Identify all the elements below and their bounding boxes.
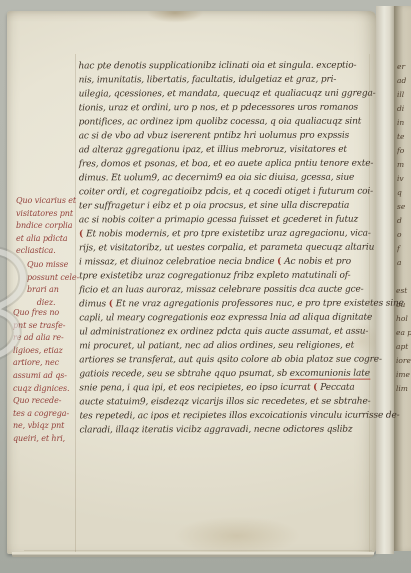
facing-page-text-fragment: d xyxy=(397,214,411,228)
text-segment: capli, ul meary cogregationis eoz expres… xyxy=(79,313,372,324)
margin-note-line: bndice corplia xyxy=(16,220,76,233)
margin-note-line: Quo misse xyxy=(27,259,79,272)
manuscript-text-line: ac si nobis coiter a primapio gcessa fui… xyxy=(79,213,375,228)
text-segment: ter suffragetur i eibz et p oia procsus,… xyxy=(79,201,349,212)
rubric-paragraph-mark: ( xyxy=(109,299,116,309)
facing-page-text-fragment: ad xyxy=(397,74,411,88)
facing-page-text-fragment: q xyxy=(397,186,411,200)
facing-page-text-fragment: hol xyxy=(396,312,411,326)
facing-page-text-fragment: est xyxy=(396,284,411,298)
manuscript-text-line: ad alteraz ggregationu ipaz, et illius m… xyxy=(79,143,375,158)
manuscript-text-line: artiores se transferat, aut quis qsito c… xyxy=(79,353,375,368)
margin-note-line: assumi ad qs- xyxy=(13,370,70,383)
manuscript-text-line: snie pena, i qua ipi, et eos recipietes,… xyxy=(79,381,375,396)
margin-note-line: tes a cogrega- xyxy=(13,408,69,421)
manuscript-text-line: dimus ( Et ne vraz agregationis professo… xyxy=(79,297,375,312)
manuscript-text-line: mi procuret, ul patiant, nec ad alios or… xyxy=(79,339,375,354)
facing-page-text-fragment: iore xyxy=(396,354,411,368)
manuscript-text-line: ficio et an luas auroraz, missaz celebra… xyxy=(79,283,375,298)
margin-note-line: cuqz dignices. xyxy=(13,383,70,396)
facing-page-text-fragment: di xyxy=(397,102,411,116)
facing-page-text-fragment: iv xyxy=(397,172,411,186)
facing-page-text-fragment: o xyxy=(397,228,411,242)
facing-page-text-fragment: ill xyxy=(397,88,411,102)
text-segment: uilegia, qcessiones, et mandata, quecuqz… xyxy=(79,89,376,100)
manuscript-text-line: claradi, illaqz iteratis vicibz aggravad… xyxy=(79,423,375,438)
text-segment: tes repetedi, ac ipos et recipietes illo… xyxy=(79,411,399,422)
text-segment: ficio et an luas auroraz, missaz celebra… xyxy=(79,285,363,296)
text-segment: tpre existetibz uraz cogregationuz fribz… xyxy=(79,271,350,282)
margin-note-line: possunt cele- xyxy=(27,272,79,285)
manuscript-text-line: fres, domos et psonas, et boa, et eo aue… xyxy=(79,157,375,172)
facing-page-text-fragment: lim xyxy=(396,382,411,396)
text-segment: Et nobis modernis, et pro tpre existetib… xyxy=(86,229,371,240)
manuscript-text-line: ( Et nobis modernis, et pro tpre existet… xyxy=(79,227,375,242)
text-segment: artiores se transferat, aut quis qsito c… xyxy=(79,355,382,366)
text-segment: coiter ordi, et cogregatioibz pdcis, et … xyxy=(79,187,373,198)
text-segment: dimus xyxy=(79,299,109,309)
manuscript-text-line: ter suffragetur i eibz et p oia procsus,… xyxy=(79,199,375,214)
margin-note-line: ne, vbiqz pnt xyxy=(13,420,69,433)
text-segment: ad alteraz ggregationu ipaz, et illius m… xyxy=(79,145,347,156)
facing-page-text-fragment: in xyxy=(397,116,411,130)
text-segment: excomunionis late xyxy=(290,369,370,380)
margin-note-line: brari an xyxy=(27,284,79,297)
text-segment: ac si de vbo ad vbuz isererent pntibz hr… xyxy=(79,131,349,142)
manuscript-text-line: coiter ordi, et cogregatioibz pdcis, et … xyxy=(79,185,375,200)
page-fore-edge xyxy=(376,6,394,554)
facing-page-text-fragment: se xyxy=(397,200,411,214)
facing-page-text-fragment: ime xyxy=(396,368,411,382)
margin-note-line: Quo recede- xyxy=(13,395,69,408)
facing-page-text-fragment: te xyxy=(397,130,411,144)
text-segment: Et ne vraz agregationis professores nuc,… xyxy=(116,299,404,310)
facing-page-text-fragment: m xyxy=(397,158,411,172)
facing-page-text-upper: eradilldiintefomivqsedofa xyxy=(397,60,411,272)
main-text-block: hac pte denotis supplicationibz iclinati… xyxy=(79,59,376,438)
manuscript-text-line: dimus. Et uolum9, ac decernim9 ea oia si… xyxy=(79,171,375,186)
facing-page-text-fragment: er xyxy=(397,60,411,74)
facing-page-text-fragment: ea p xyxy=(396,326,411,340)
text-segment: snie pena, i qua ipi, et eos recipietes,… xyxy=(79,383,313,394)
text-segment: dimus. Et uolum9, ac decernim9 ea oia si… xyxy=(79,173,354,184)
text-segment: tionis, uraz et ordini, uro p nos, et p … xyxy=(79,103,358,114)
manuscript-text-line: tes repetedi, ac ipos et recipietes illo… xyxy=(79,409,375,424)
transparent-book-clip xyxy=(0,243,34,363)
manuscript-text-line: ul administrationez ex ordinez pdcta qui… xyxy=(79,325,375,340)
text-segment: aucte statuim9, eisdezqz vicarijs illos … xyxy=(79,397,370,408)
page-stack-bottom-edge xyxy=(12,552,374,557)
text-segment: ul administrationez ex ordinez pdcta qui… xyxy=(79,327,368,338)
manuscript-text-line: hac pte denotis supplicationibz iclinati… xyxy=(79,59,375,74)
rubric-paragraph-mark: ( xyxy=(313,383,320,393)
text-segment: mi procuret, ul patiant, nec ad alios or… xyxy=(79,341,354,352)
manuscript-text-line: pontifices, ac ordinez ipm quolibz coces… xyxy=(79,115,375,130)
margin-note-line: Quo vicarius et xyxy=(16,195,76,208)
manuscript-text-line: rijs, et visitatoribz, ut uestes corpali… xyxy=(79,241,375,256)
text-segment: Ac nobis et pro xyxy=(284,257,351,267)
manuscript-text-line: uilegia, qcessiones, et mandata, quecuqz… xyxy=(79,87,375,102)
manuscript-text-line: i missaz, et diuinoz celebratioe necia b… xyxy=(79,255,375,270)
text-segment: gatiois recede, seu se sbtrahe qquo psum… xyxy=(79,369,289,380)
facing-page-text-fragment: f xyxy=(397,242,411,256)
text-segment: hac pte denotis supplicationibz iclinati… xyxy=(79,61,357,72)
manuscript-text-line: aucte statuim9, eisdezqz vicarijs illos … xyxy=(79,395,375,410)
text-segment: ac si nobis coiter a primapio gcessa fui… xyxy=(79,215,358,226)
margin-note-2: Quo missepossunt cele-brari an diez. xyxy=(27,259,79,309)
text-segment: fres, domos et psonas, et boa, et eo aue… xyxy=(79,159,374,170)
text-segment: i missaz, et diuinoz celebratioe necia b… xyxy=(79,257,277,268)
manuscript-text-line: nis, imunitatis, libertatis, facultatis,… xyxy=(79,73,375,88)
manuscript-text-line: capli, ul meary cogregationis eoz expres… xyxy=(79,311,375,326)
text-segment: nis, imunitatis, libertatis, facultatis,… xyxy=(79,75,337,86)
margin-note-line: queiri, et hri, xyxy=(13,433,69,446)
facing-page-text-fragment: a xyxy=(397,256,411,270)
text-segment: claradi, illaqz iteratis vicibz aggravad… xyxy=(79,425,352,436)
facing-page-text-fragment: apt xyxy=(396,340,411,354)
manuscript-text-line: gatiois recede, seu se sbtrahe qquo psum… xyxy=(79,367,375,382)
ruling-line-bottom xyxy=(24,550,372,551)
manuscript-text-line: tionis, uraz et ordini, uro p nos, et p … xyxy=(79,101,375,116)
manuscript-text-line: tpre existetibz uraz cogregationuz fribz… xyxy=(79,269,375,284)
facing-page-text-fragment: fo xyxy=(397,144,411,158)
text-segment: Peccata xyxy=(320,383,354,393)
manuscript-text-line: ac si de vbo ad vbuz isererent pntibz hr… xyxy=(79,129,375,144)
margin-note-line: visitatores pnt xyxy=(16,208,76,221)
text-segment: pontifices, ac ordinez ipm quolibz coces… xyxy=(79,117,362,128)
text-segment: rijs, et visitatoribz, ut uestes corpali… xyxy=(79,243,374,254)
margin-note-4: Quo recede-tes a cogrega-ne, vbiqz pntqu… xyxy=(13,395,69,445)
